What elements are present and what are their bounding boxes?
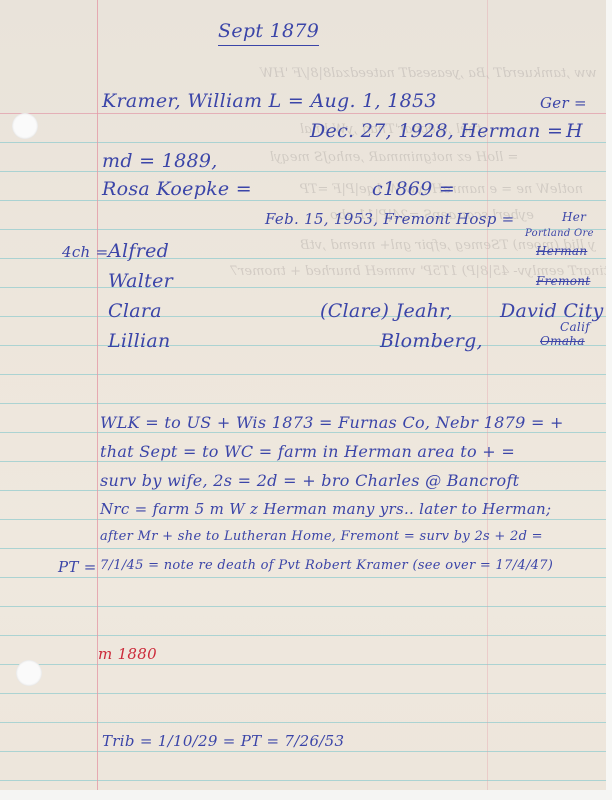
narrative-line: after Mr + she to Lutheran Home, Fremont… [100,529,543,544]
child-place: Calif [560,320,590,334]
rule-line [0,519,606,520]
spouse-birth: c1869 = [372,178,455,200]
rule-line [0,577,606,578]
rule-line [0,229,606,230]
pt-line: 7/1/45 = note re death of Pvt Robert Kra… [100,558,553,573]
married-line: md = 1889, [102,150,218,172]
rule-line [0,635,606,636]
rule-line [0,780,606,781]
rule-line [0,606,606,607]
spouse-name: Rosa Koepke = [102,178,252,200]
child-name: Lillian [108,330,171,352]
narrative-line: surv by wife, 2s = 2d = + bro Charles @ … [100,471,519,490]
child-place-struck: Herman [536,244,587,258]
rule-line [0,200,606,201]
rule-line [0,142,606,143]
rule-line [0,548,606,549]
punch-hole-top [12,113,38,139]
child-name: Walter [108,270,173,292]
death-line: Dec. 27, 1928, Herman = [310,120,563,142]
rule-line [0,490,606,491]
rule-line [0,374,606,375]
child-married-name: (Clare) Jeahr, [320,300,453,322]
narrative-line: that Sept = to WC = farm in Herman area … [100,442,515,461]
trib-line: Trib = 1/10/29 = PT = 7/26/53 [102,732,344,750]
rule-line [0,171,606,172]
birthplace: Ger = [540,94,587,112]
children-label: 4ch = [62,243,108,261]
spouse-death-note: Her [562,210,586,224]
notebook-page: ww ,tamkuerdT ,Ba ,yeasesdT nateedzal8|8… [0,0,606,790]
rule-line [0,722,606,723]
rule-line [0,664,606,665]
rule-line [0,345,606,346]
page-title-text: Sept 1879 [218,20,319,46]
spouse-death: Feb. 15, 1953, Fremont Hosp = [265,210,515,228]
top-rule-line [0,113,606,114]
narrative-line: Nrc = farm 5 m W z Herman many yrs.. lat… [100,500,551,518]
scan-bottom-edge [0,790,612,800]
rule-line [0,693,606,694]
rule-line [0,432,606,433]
scan-edge [606,0,612,800]
child-married-name: Blomberg, [380,330,483,352]
child-name: Clara [108,300,162,322]
red-marriage-note: m 1880 [98,645,157,663]
death-place-abbrev: H [566,120,583,142]
child-place: David City [500,300,604,322]
child-place: Fremont [536,274,590,288]
pt-label: PT = [58,558,97,576]
child-name: Alfred [108,240,169,262]
page-title: Sept 1879 [218,20,319,42]
rule-line [0,403,606,404]
left-margin-line [97,0,98,790]
rule-line [0,461,606,462]
rule-line [0,751,606,752]
child-place-struck: Omaha [540,334,585,348]
bleed-through-text: = lloH ez notgnimmaR ,enhoJS meqyl [270,150,518,165]
narrative-line: WLK = to US + Wis 1873 = Furnas Co, Nebr… [100,413,564,432]
name-line: Kramer, William L = Aug. 1, 1853 [102,90,437,112]
rule-line [0,287,606,288]
right-margin-line [487,0,488,790]
child-place: Portland Ore [525,228,594,239]
punch-hole-bottom [16,660,42,686]
bleed-through-text: ww ,tamkuerdT ,Ba ,yeasesdT nateedzal8|8… [260,66,597,81]
